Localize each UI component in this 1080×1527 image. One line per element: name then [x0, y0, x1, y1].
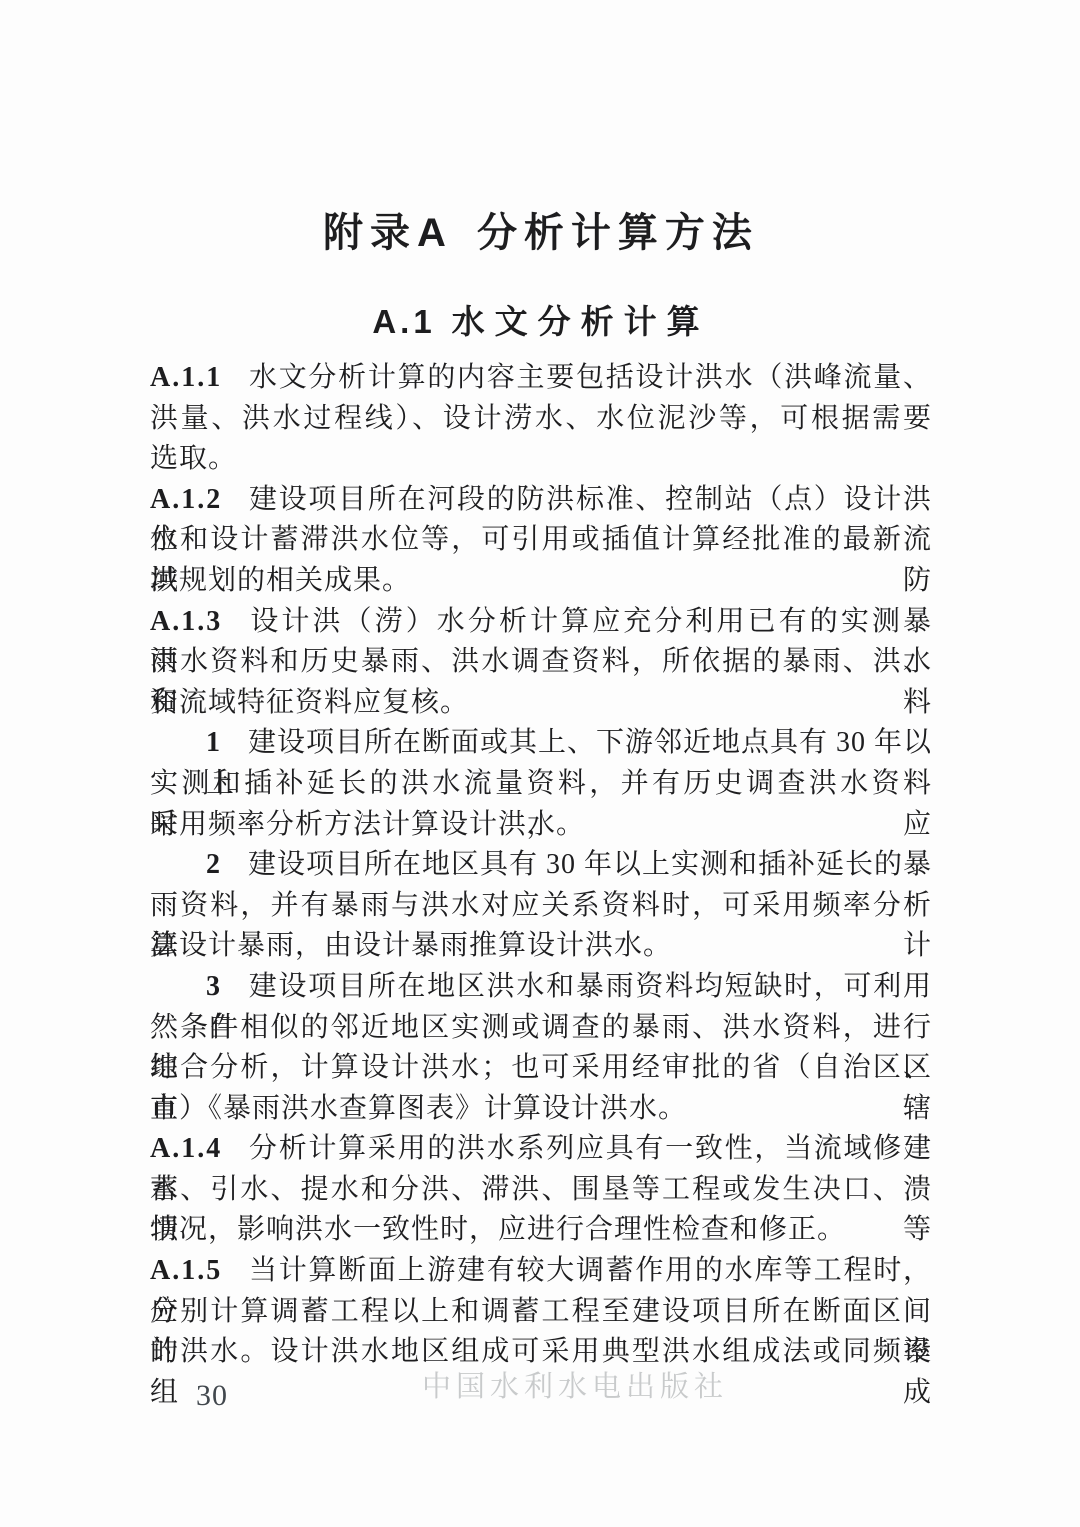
- text-line: 3建设项目所在地区洪水和暴雨资料均短缺时，可利用自: [150, 967, 932, 1008]
- text-line: 洪量、洪水过程线）、设计涝水、水位泥沙等，可根据需要: [150, 399, 932, 440]
- text-line: 雨资料，并有暴雨与洪水对应关系资料时，可采用频率分析法计: [150, 886, 932, 927]
- text-line: 综合分析，计算设计洪水；也可采用经审批的省（自治区、直辖: [150, 1048, 932, 1089]
- section-title: A.1水文分析计算: [150, 296, 932, 343]
- text-line: 水、引水、提水和分洪、滞洪、围垦等工程或发生决口、溃坝等: [150, 1170, 932, 1211]
- text-line: A.1.5当计算断面上游建有较大调蓄作用的水库等工程时，应: [150, 1251, 932, 1292]
- text-line: 选取。: [150, 439, 932, 480]
- page-number: 30: [196, 1379, 228, 1413]
- text-line: A.1.2建设项目所在河段的防洪标准、控制站（点）设计洪水: [150, 480, 932, 521]
- clause-label: A.1.3: [150, 606, 222, 637]
- text-line: A.1.1水文分析计算的内容主要包括设计洪水（洪峰流量、: [150, 358, 932, 399]
- text-line: 1建设项目所在断面或其上、下游邻近地点具有 30 年以上: [150, 723, 932, 764]
- text-line: 实测和插补延长的洪水流量资料，并有历史调查洪水资料时，应: [150, 764, 932, 805]
- section-title-text: 水文分析计算: [452, 303, 710, 340]
- text-line: 然条件相似的邻近地区实测或调查的暴雨、洪水资料，进行地区: [150, 1008, 932, 1049]
- text-line: 洪水资料和历史暴雨、洪水调查资料，所依据的暴雨、洪水资料: [150, 642, 932, 683]
- text-line: A.1.3设计洪（涝）水分析计算应充分利用已有的实测暴雨、: [150, 602, 932, 643]
- publisher-watermark: 中国水利水电出版社: [170, 1364, 980, 1405]
- appendix-title-text: 分析计算方法: [477, 211, 759, 255]
- clause-label: A.1.5: [150, 1255, 222, 1286]
- document-page: 附录A分析计算方法 A.1水文分析计算 A.1.1水文分析计算的内容主要包括设计…: [0, 0, 1080, 1527]
- clause-label: 1: [206, 727, 222, 758]
- clause-label: 2: [206, 849, 222, 880]
- clause-label: 3: [206, 971, 222, 1002]
- clause-label: A.1.1: [150, 362, 222, 393]
- clause-label: A.1.4: [150, 1133, 222, 1164]
- clause-label: A.1.2: [150, 484, 222, 515]
- text-line: 情况，影响洪水一致性时，应进行合理性检查和修正。: [150, 1210, 932, 1251]
- appendix-title-number: 附录A: [323, 211, 453, 255]
- appendix-title: 附录A分析计算方法: [150, 201, 932, 258]
- text-line: A.1.4分析计算采用的洪水系列应具有一致性，当流域修建蓄: [150, 1129, 932, 1170]
- body-text: A.1.1水文分析计算的内容主要包括设计洪水（洪峰流量、洪量、洪水过程线）、设计…: [150, 358, 932, 1373]
- text-line: 2建设项目所在地区具有 30 年以上实测和插补延长的暴: [150, 845, 932, 886]
- text-line: 位和设计蓄滞洪水位等，可引用或插值计算经批准的最新流域防: [150, 520, 932, 561]
- text-line: 分别计算调蓄工程以上和调蓄工程至建设项目所在断面区间的设: [150, 1292, 932, 1333]
- section-number: A.1: [372, 303, 435, 340]
